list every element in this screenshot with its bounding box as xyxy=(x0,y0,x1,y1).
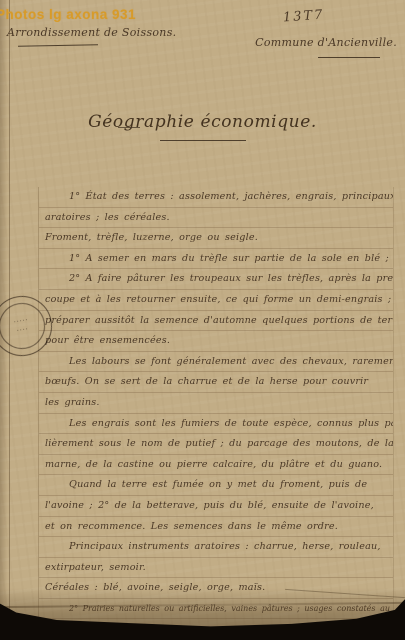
manuscript-line: l'avoine ; 2° de la betterave, puis du b… xyxy=(39,496,393,517)
manuscript-line: bœufs. On se sert de la charrue et de la… xyxy=(39,372,393,393)
header-arrondissement: Arrondissement de Soissons. xyxy=(7,26,176,39)
archive-stamp-text: ····· ···· xyxy=(0,292,56,359)
manuscript-line: extirpateur, semoir. xyxy=(39,558,393,579)
header-right-underline xyxy=(318,57,380,58)
manuscript-line: Les labours se font généralement avec de… xyxy=(39,352,393,373)
manuscript-line: et on recommence. Les semences dans le m… xyxy=(39,517,393,538)
manuscript-line: Principaux instruments aratoires : charr… xyxy=(39,537,393,558)
manuscript-line: coupe et à les retourner ensuite, ce qui… xyxy=(39,290,393,311)
manuscript-line: Quand la terre est fumée on y met du fro… xyxy=(39,475,393,496)
stamp-text-line: ····· xyxy=(13,317,29,326)
manuscript-line: pour être ensemencées. xyxy=(39,331,393,352)
page-number: 13T7 xyxy=(283,8,325,26)
manuscript-line: les grains. xyxy=(39,393,393,414)
photo-background: Photos lg axona 931 13T7 Arrondissement … xyxy=(0,0,405,640)
manuscript-line: 2° A faire pâturer les troupeaux sur les… xyxy=(39,269,393,290)
page-fold xyxy=(0,588,405,634)
manuscript-line: marne, de la castine ou pierre calcaire,… xyxy=(39,455,393,476)
watermark-text: Photos lg axona 931 xyxy=(0,7,136,22)
manuscript-body: 1° État des terres : assolement, jachère… xyxy=(38,187,394,619)
manuscript-line: Les engrais sont les fumiers de toute es… xyxy=(39,414,393,435)
header-commune: Commune d'Ancienville. xyxy=(255,36,397,49)
manuscript-line: lièrement sous le nom de putief ; du par… xyxy=(39,434,393,455)
manuscript-line: Froment, trèfle, luzerne, orge ou seigle… xyxy=(39,228,393,249)
title-underline xyxy=(160,140,246,141)
manuscript-page: Photos lg axona 931 13T7 Arrondissement … xyxy=(0,0,405,634)
manuscript-line: aratoires ; les céréales. xyxy=(39,208,393,229)
stamp-text-line: ···· xyxy=(16,326,29,335)
manuscript-line: 1° État des terres : assolement, jachère… xyxy=(39,187,393,208)
manuscript-line: préparer aussitôt la semence d'automne q… xyxy=(39,311,393,332)
manuscript-line: 1° A semer en mars du trèfle sur partie … xyxy=(39,249,393,270)
header-left-underline xyxy=(18,44,98,46)
page-title: Géographie économique. xyxy=(0,112,405,132)
